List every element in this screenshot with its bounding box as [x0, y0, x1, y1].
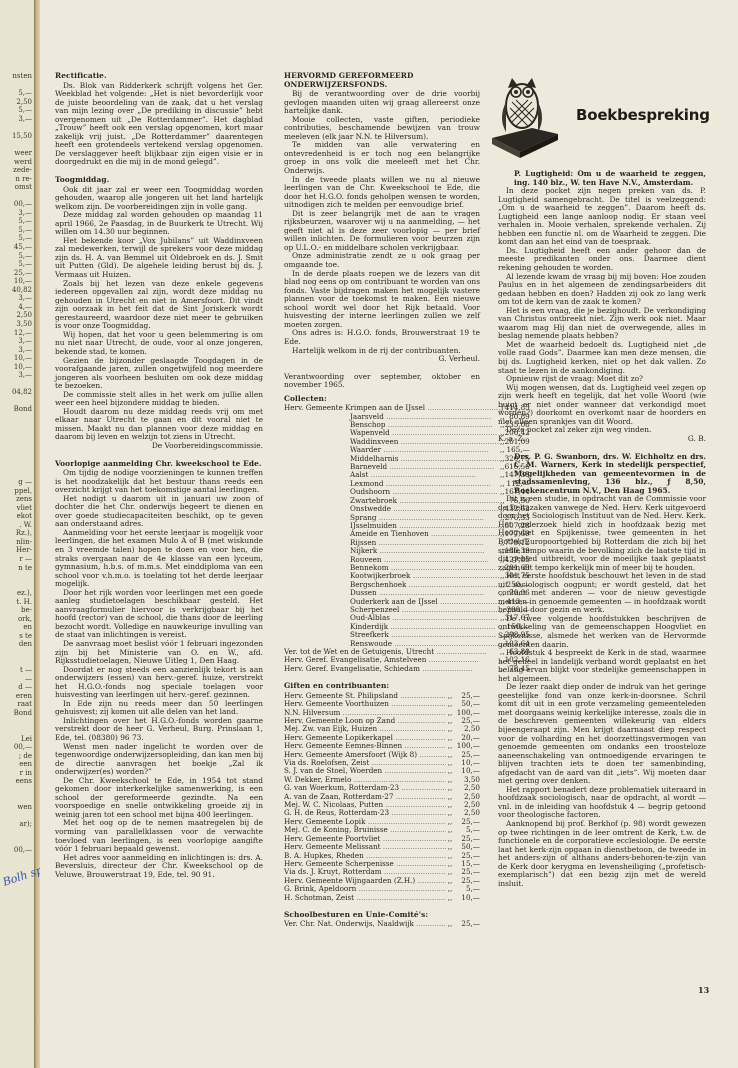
ledger-name: Via ds. J. Kruyt, Rotterdam	[284, 868, 382, 876]
ledger-name: Nijkerk	[350, 547, 377, 555]
ledger-name: W. Dekker, Ermelo	[284, 776, 351, 784]
article-paragraph: Het is een vraag, die je bezighoudt. De …	[498, 307, 706, 341]
article-toogmiddag: Toogmiddag. Ook dit jaar zal er weer een…	[55, 176, 263, 451]
ledger-row: Ver. tot de Wet en de Getuigenis, Utrech…	[284, 648, 530, 656]
article-paragraph: Met het oog op de te nemen maatregelen b…	[55, 819, 263, 853]
ledger-name: Ver. Chr. Nat. Onderwijs, Naaldwijk	[284, 920, 414, 928]
article-paragraph: Deze pocket zal zeker zijn weg vinden.	[498, 426, 706, 435]
ledger-amount: 25,—	[454, 920, 480, 928]
ledger-row: Barneveld ..............................…	[284, 463, 530, 471]
article-paragraph: Dit is zeer belangrijk met de aan te vra…	[284, 210, 480, 253]
article-paragraph: De twee volgende hoofdstukken beschrijve…	[498, 615, 706, 649]
review-kerk-in-stedelijk-perspectief: Drs. P. G. Swanborn, drs. W. Eichholtz e…	[498, 453, 706, 889]
ledger-row: Scherpenzeel ...........................…	[284, 606, 530, 614]
article-paragraph: Doordat er nog steeds een aanzienlijk te…	[55, 666, 263, 700]
article-paragraph: Het nodigt u daarom uit in januari uw zo…	[55, 495, 263, 529]
ledger-name: N.N. Hilversum	[284, 709, 340, 717]
ledger-name: Scherpenzeel	[350, 606, 399, 614]
ledger-name: Jaarsveld	[350, 413, 384, 421]
ledger-row: Kinderdijk .............................…	[284, 623, 530, 631]
ledger-name: B. A. Hupkes, Rheden	[284, 852, 364, 860]
article-paragraph: Dit is een studie, in opdracht van de Co…	[498, 495, 706, 572]
article-paragraph: De aanvraag moet beslist vóór 1 februari…	[55, 640, 263, 666]
ledger-name: Kinderdijk	[350, 623, 388, 631]
giften-heading: Giften en contribuanten:	[284, 682, 480, 691]
ledger-name: Mej. Zw. van Eijk, Huizen	[284, 725, 377, 733]
article-paragraph: Ds. Blok van Ridderkerk schrijft volgens…	[55, 82, 263, 167]
article-paragraph: De lezer raakt diep onder de indruk van …	[498, 683, 706, 786]
fund-heading: HERVORMD GEREFORMEERDONDERWIJZERSFONDS.	[284, 72, 480, 89]
ledger-row: Dussen .................................…	[284, 589, 530, 597]
previous-page-edge: nsten5,—2,505,—3,—15,50weerwerdzede-n re…	[0, 0, 34, 1068]
ledger-name: Herv. Gemeente Voorthuizen	[284, 700, 389, 708]
signature: G. Verheul.	[284, 355, 480, 364]
ledger-row: IJsselmuiden ...........................…	[284, 522, 530, 530]
ledger-name: Mej. C. de Koning, Bruinisse	[284, 826, 388, 834]
ledger-row: H. Schotman, Zeist .....................…	[284, 894, 480, 902]
ledger-name: Herv. Gemeente Melissant	[284, 843, 381, 851]
ledger-row: Herv. Gemeente Krimpen aan de IJssel ...…	[284, 404, 530, 412]
article-paragraph: Aanknopend bij prof. Berkhof (p. 98) wor…	[498, 820, 706, 888]
ledger-name: Herv. Gemeente Loon op Zand	[284, 717, 395, 725]
review-signature: K. a. Z. G. B.	[498, 435, 706, 444]
ledger-name: S. J. van de Stoel, Woerden	[284, 767, 382, 775]
ledger-name: Streefkerk	[350, 631, 389, 639]
ledger-row: Nijkerk ................................…	[284, 547, 530, 555]
review-lugtigheid: P. Lugtigheid: Om u de waarheid te zegge…	[498, 170, 706, 435]
ledger-row: Ver. Chr. Nat. Onderwijs, Naaldwijk ....…	[284, 920, 480, 928]
article-paragraph: Met de waarheid bedoelt ds. Lugtigheid n…	[498, 341, 706, 375]
ledger-name: Herv. Gemeente Lopik	[284, 818, 365, 826]
article-paragraph: Deze middag zal worden gehouden op maand…	[55, 211, 263, 237]
article-paragraph: Bij de verantwoording over de drie voorb…	[284, 90, 480, 116]
ledger-row: Middelharnis ...........................…	[284, 455, 530, 463]
book-review-header: Boekbespreking	[480, 72, 708, 172]
ledger-name: Ouderkerk aan de IJssel	[350, 598, 438, 606]
ledger-name: Bennekom	[350, 564, 389, 572]
ledger-row: Benschop ...............................…	[284, 421, 530, 429]
ledger-name: Kootwijkerbroek	[350, 572, 410, 580]
article-paragraph: De commissie stelt alles in het werk om …	[55, 391, 263, 408]
ledger-row: Waarder ................................…	[284, 446, 530, 454]
ledger-name: Herv. Gemeente Eemnes-Binnen	[284, 742, 402, 750]
ledger-name: Oudshoorn	[350, 488, 390, 496]
signature: De Voorbereidingscommissie.	[55, 442, 263, 451]
article-heading: Toogmiddag.	[55, 176, 263, 185]
article-heading: Voorlopige aanmelding Chr. kweekschool t…	[55, 460, 263, 469]
ledger-name: Via ds. Roelofsen, Zeist	[284, 759, 369, 767]
ledger-name: Waarder	[350, 446, 381, 454]
ledger-name: Ameide en Tienhoven	[350, 530, 429, 538]
ledger-name: Herv. Gemeente St. Philipsland	[284, 692, 398, 700]
page-number: 13	[698, 985, 709, 995]
ledger-name: Sprang	[350, 514, 376, 522]
ledger-name: Aalst	[350, 471, 368, 479]
article-paragraph: Hoofdstuk 4 bespreekt de Kerk in de stad…	[498, 649, 706, 683]
ledger-row: Oud-Alblas .............................…	[284, 614, 530, 622]
article-paragraph: Het adres voor aanmelding en inlichtinge…	[55, 854, 263, 880]
ledger-row: Rijssen ................................…	[284, 539, 530, 547]
ledger-name: Middelharnis	[350, 455, 398, 463]
collecten-table: Herv. Gemeente Krimpen aan de IJssel ...…	[284, 404, 530, 673]
article-paragraph: Het eerste hoofdstuk beschouwt het leven…	[498, 572, 706, 615]
ledger-row: Rouveen ................................…	[284, 556, 530, 564]
ledger-name: Wapenveld	[350, 429, 390, 437]
article-kweekschool: Voorlopige aanmelding Chr. kweekschool t…	[55, 460, 263, 880]
article-paragraph: Wij mogen wensen, dat ds. Lugtigheid vee…	[498, 384, 706, 427]
ledger-name: G. van Woerkum, Rotterdam-23	[284, 784, 399, 792]
ledger-name: Krimpen aan de IJssel	[345, 404, 425, 412]
article-paragraph: In deze pocket zijn negen preken van ds.…	[498, 187, 706, 247]
article-paragraph: Zoals bij het lezen van deze enkele gege…	[55, 280, 263, 331]
ledger-row: Onstwedde ..............................…	[284, 505, 530, 513]
ledger-row: Renswoude ..............................…	[284, 640, 530, 648]
ledger-row: Ameide en Tienhoven ....................…	[284, 530, 530, 538]
article-paragraph: Gezien de bijzonder geslaagde Toogdagen …	[55, 357, 263, 391]
ledger-row: Oudshoorn ..............................…	[284, 488, 530, 496]
ledger-name: Onstwedde	[350, 505, 391, 513]
article-paragraph: In Ede zijn nu reeds meer dan 50 leerlin…	[55, 700, 263, 717]
ledger-name: A. van de Zaan, Rotterdam-27	[284, 793, 393, 801]
section-title: Boekbespreking	[576, 106, 710, 124]
ledger-row: Streefkerk .............................…	[284, 631, 530, 639]
ledger-row: Jaarsveld ..............................…	[284, 413, 530, 421]
ledger-name: Rouveen	[350, 556, 382, 564]
ledger-name: Herv. Gemeente Scherpenisse	[284, 860, 394, 868]
fund-body: Bij de verantwoording over de drie voorb…	[284, 90, 480, 355]
account-intro: Verantwoording over september, oktober e…	[284, 373, 480, 390]
article-paragraph: Aanmelding voor het eerste leerjaar is m…	[55, 529, 263, 589]
article-paragraph: Wenst men nader ingelicht te worden over…	[55, 743, 263, 777]
schoolbesturen-heading: Schoolbesturen en Unie-Comité's:	[284, 911, 480, 920]
ledger-name: Herv. Gemeente Wijngaarden (Z.H.)	[284, 877, 415, 885]
ledger-name: Renswoude	[350, 640, 392, 648]
article-paragraph: Inlichtingen over het H.G.O.-fonds worde…	[55, 717, 263, 743]
ledger-row: Waddinxveen ............................…	[284, 438, 530, 446]
ledger-row: Sprang .................................…	[284, 514, 530, 522]
ledger-name: Zwartebroek	[350, 497, 397, 505]
article-paragraph: Te midden van alle verwatering en ontevr…	[284, 141, 480, 175]
article-paragraph: Mooie collecten, vaste giften, periodiek…	[284, 116, 480, 142]
schoolbesturen-table: Ver. Chr. Nat. Onderwijs, Naaldwijk ....…	[284, 920, 480, 928]
article-paragraph: De Chr. Kweekschool te Ede, in 1954 tot …	[55, 777, 263, 820]
article-paragraph: Houdt daarom nu deze middag reeds vrij o…	[55, 408, 263, 442]
column-right: P. Lugtigheid: Om u de waarheid te zegge…	[498, 170, 706, 888]
article-paragraph: Ds. Lugtigheid heeft een ander gehoor da…	[498, 247, 706, 273]
article-paragraph: Door het rijk worden voor leerlingen met…	[55, 589, 263, 640]
article-paragraph: Om tijdig de nodige voorzieningen te kun…	[55, 469, 263, 495]
ledger-row: Aalst ..................................…	[284, 471, 530, 479]
ledger-row: Wapenveld ..............................…	[284, 429, 530, 437]
ledger-name: Oud-Alblas	[350, 614, 390, 622]
article-paragraph: Ook dit jaar zal er weer een Toogmiddag …	[55, 186, 263, 212]
ledger-name: G. Brink, Apeldoorn	[284, 885, 356, 893]
article-paragraph: Wij hopen, dat het voor u geen belemmeri…	[55, 331, 263, 357]
review-reference: Drs. P. G. Swanborn, drs. W. Eichholtz e…	[498, 453, 706, 496]
ledger-name: H. Schotman, Zeist	[284, 894, 354, 902]
ledger-name: Dussen	[350, 589, 377, 597]
ledger-row: Herv. Geref. Evangelisatie, Amstelveen .…	[284, 656, 530, 664]
ledger-name: Rijssen	[350, 539, 376, 547]
ledger-row: Bergschenhoek ..........................…	[284, 581, 530, 589]
ledger-row: Bennekom ...............................…	[284, 564, 530, 572]
ledger-name: Herv. Gemeente Poortvliet	[284, 835, 380, 843]
column-left: Rectificatie. Ds. Blok van Ridderkerk sc…	[55, 72, 263, 879]
article-paragraph: Het bekende koor „Vox Jubilans” uit Wadd…	[55, 237, 263, 280]
review-reference: P. Lugtigheid: Om u de waarheid te zegge…	[498, 170, 706, 187]
column-middle: HERVORMD GEREFORMEERDONDERWIJZERSFONDS. …	[284, 72, 480, 929]
ledger-amount: 10,—	[454, 894, 480, 902]
article-rectificatie: Rectificatie. Ds. Blok van Ridderkerk sc…	[55, 72, 263, 167]
owl-on-book-icon	[488, 72, 560, 162]
ledger-name: Barneveld	[350, 463, 387, 471]
ledger-name: Bergschenhoek	[350, 581, 406, 589]
article-paragraph: Al lezende kwam de vraag bij mij boven: …	[498, 273, 706, 307]
giften-table: Herv. Gemeente St. Philipsland .........…	[284, 692, 480, 902]
ledger-name: Benschop	[350, 421, 385, 429]
article-heading: Rectificatie.	[55, 72, 263, 81]
article-paragraph: Het rapport benadert deze problematiek u…	[498, 786, 706, 820]
ledger-row: Lexmond ................................…	[284, 480, 530, 488]
ledger-row: Ouderkerk aan de IJssel ................…	[284, 598, 530, 606]
ledger-name: Herv. Gemeente Lopikerkapel	[284, 734, 393, 742]
ledger-row: Herv. Geref. Evangelisatie, Schiedam ...…	[284, 665, 530, 673]
ledger-row: Kootwijkerbroek ........................…	[284, 572, 530, 580]
ledger-name: Herv. Gemeente Amersfoort (Wijk 8)	[284, 751, 417, 759]
ledger-name: G. H. de Reus, Rotterdam-23	[284, 809, 389, 817]
ledger-name: IJsselmuiden	[350, 522, 397, 530]
ledger-row: Zwartebroek ............................…	[284, 497, 530, 505]
ledger-name: Lexmond	[350, 480, 383, 488]
article-paragraph: In de derde plaats roepen we de lezers v…	[284, 270, 480, 330]
article-paragraph: In de tweede plaats willen we nu al nieu…	[284, 176, 480, 210]
article-paragraph: Onze administratie zendt ze u ook graag …	[284, 252, 480, 269]
ledger-name: Mej. W. C. Nicolaas, Putten	[284, 801, 383, 809]
collecten-heading: Collecten:	[284, 395, 480, 404]
ledger-name: Waddinxveen	[350, 438, 398, 446]
article-paragraph: Ons adres is: H.G.O. fonds, Brouwerstraa…	[284, 329, 480, 346]
